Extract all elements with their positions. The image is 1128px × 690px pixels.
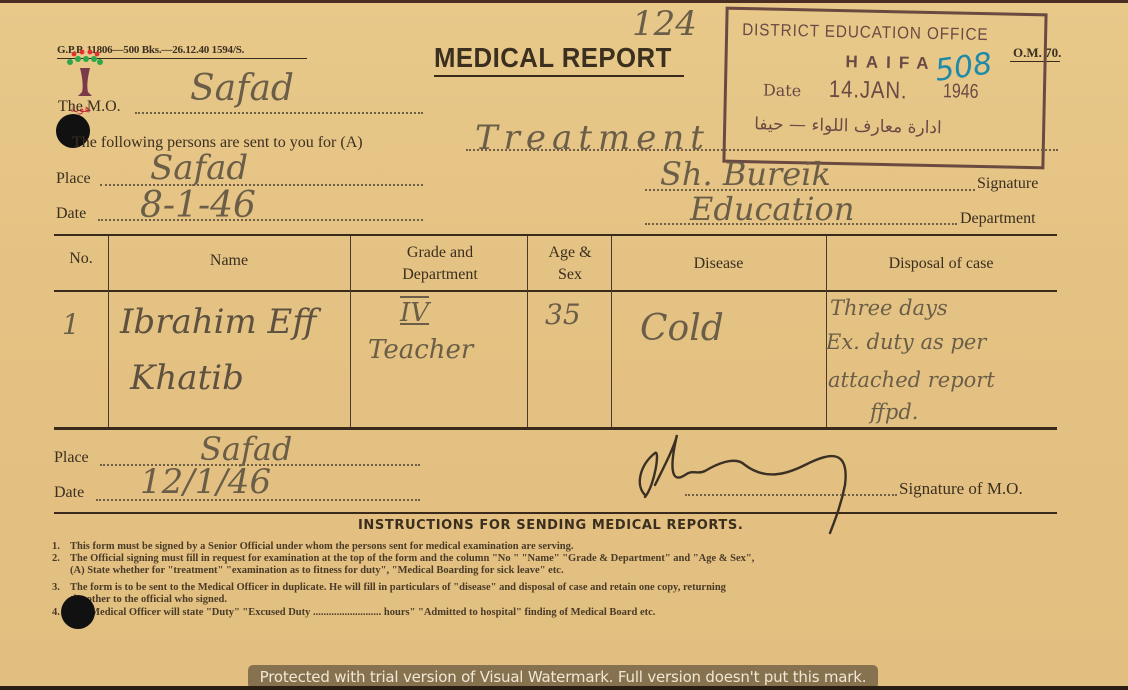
mo-place-label: Place	[54, 449, 89, 467]
mo-field-line	[135, 112, 423, 114]
row-disposal-line1: Three days	[830, 296, 948, 320]
column-header-disposal: Disposal of case	[826, 253, 1056, 275]
stamp-date-label: Date	[763, 80, 802, 100]
row-disposal-line4: ffpd.	[870, 400, 918, 424]
row-age-sex: 35	[545, 298, 581, 331]
instructions-rule	[54, 512, 1057, 514]
mo-signature-label: Signature of M.O.	[899, 479, 1023, 499]
column-header-grade-department: Grade and Department	[385, 242, 495, 286]
place-value: Safad	[150, 148, 248, 188]
row-disposal-line3: attached report	[828, 368, 995, 392]
instruction-item: 4.The Medical Officer will state "Duty" …	[52, 607, 655, 619]
mo-label: The M.O.	[58, 98, 121, 116]
stamp-arabic-text: ادارة معارف اللواء — حيفا	[754, 114, 942, 138]
table-top-rule	[54, 234, 1057, 236]
mo-value: Safad	[190, 68, 294, 109]
column-header-name: Name	[108, 250, 350, 272]
row-disease: Cold	[640, 308, 724, 349]
handwritten-reference-number: 124	[632, 4, 697, 44]
instruction-item: 3.The form is to be sent to the Medical …	[52, 582, 726, 594]
row-grade: IV	[400, 298, 429, 328]
row-number: 1	[62, 308, 80, 341]
department-label: Department	[960, 210, 1036, 228]
page-title: MEDICAL REPORT	[434, 42, 672, 74]
district-education-office-stamp: DISTRICT EDUCATION OFFICE HAIFA Date 14.…	[722, 7, 1047, 170]
row-name-line1: Ibrahim Eff	[120, 302, 316, 342]
table-header-rule	[54, 290, 1057, 292]
column-header-disease: Disease	[611, 253, 826, 275]
column-header-age-sex: Age & Sex	[540, 242, 600, 286]
instruction-item: (A) State whether for "treatment" "exami…	[52, 565, 564, 577]
mo-date-value: 12/1/46	[140, 462, 271, 502]
place-label: Place	[56, 170, 91, 188]
date-label: Date	[56, 205, 86, 223]
col-divider	[350, 236, 351, 427]
column-header-no: No.	[54, 248, 108, 270]
medical-report-document: G.P.P. 11806—500 Bks.—26.12.40 1594/S. ه…	[0, 0, 1128, 690]
watermark-banner: Protected with trial version of Visual W…	[248, 665, 878, 689]
row-disposal-line2: Ex. duty as per	[826, 330, 986, 354]
signature-label: Signature	[977, 175, 1038, 193]
date-value: 8-1-46	[140, 185, 256, 226]
stamp-date-value: 14.JAN.	[829, 76, 908, 106]
title-underline	[434, 75, 684, 77]
mo-date-label: Date	[54, 484, 84, 502]
col-divider	[527, 236, 528, 427]
stamp-office-name: DISTRICT EDUCATION OFFICE	[742, 20, 989, 45]
purpose-value: Treatment	[475, 118, 710, 158]
stamp-city: HAIFA	[845, 52, 936, 74]
instruction-item: 1.This form must be signed by a Senior O…	[52, 541, 574, 553]
instructions-title: INSTRUCTIONS FOR SENDING MEDICAL REPORTS…	[358, 518, 743, 533]
department-value: Education	[690, 190, 854, 228]
mo-signature-field-line	[685, 494, 897, 496]
row-name-line2: Khatib	[130, 358, 244, 398]
redaction-dot	[61, 595, 95, 629]
signature-value: Sh. Bureik	[660, 155, 831, 193]
instruction-item: 2.The Official signing must fill in requ…	[52, 553, 754, 565]
row-department: Teacher	[368, 335, 473, 365]
